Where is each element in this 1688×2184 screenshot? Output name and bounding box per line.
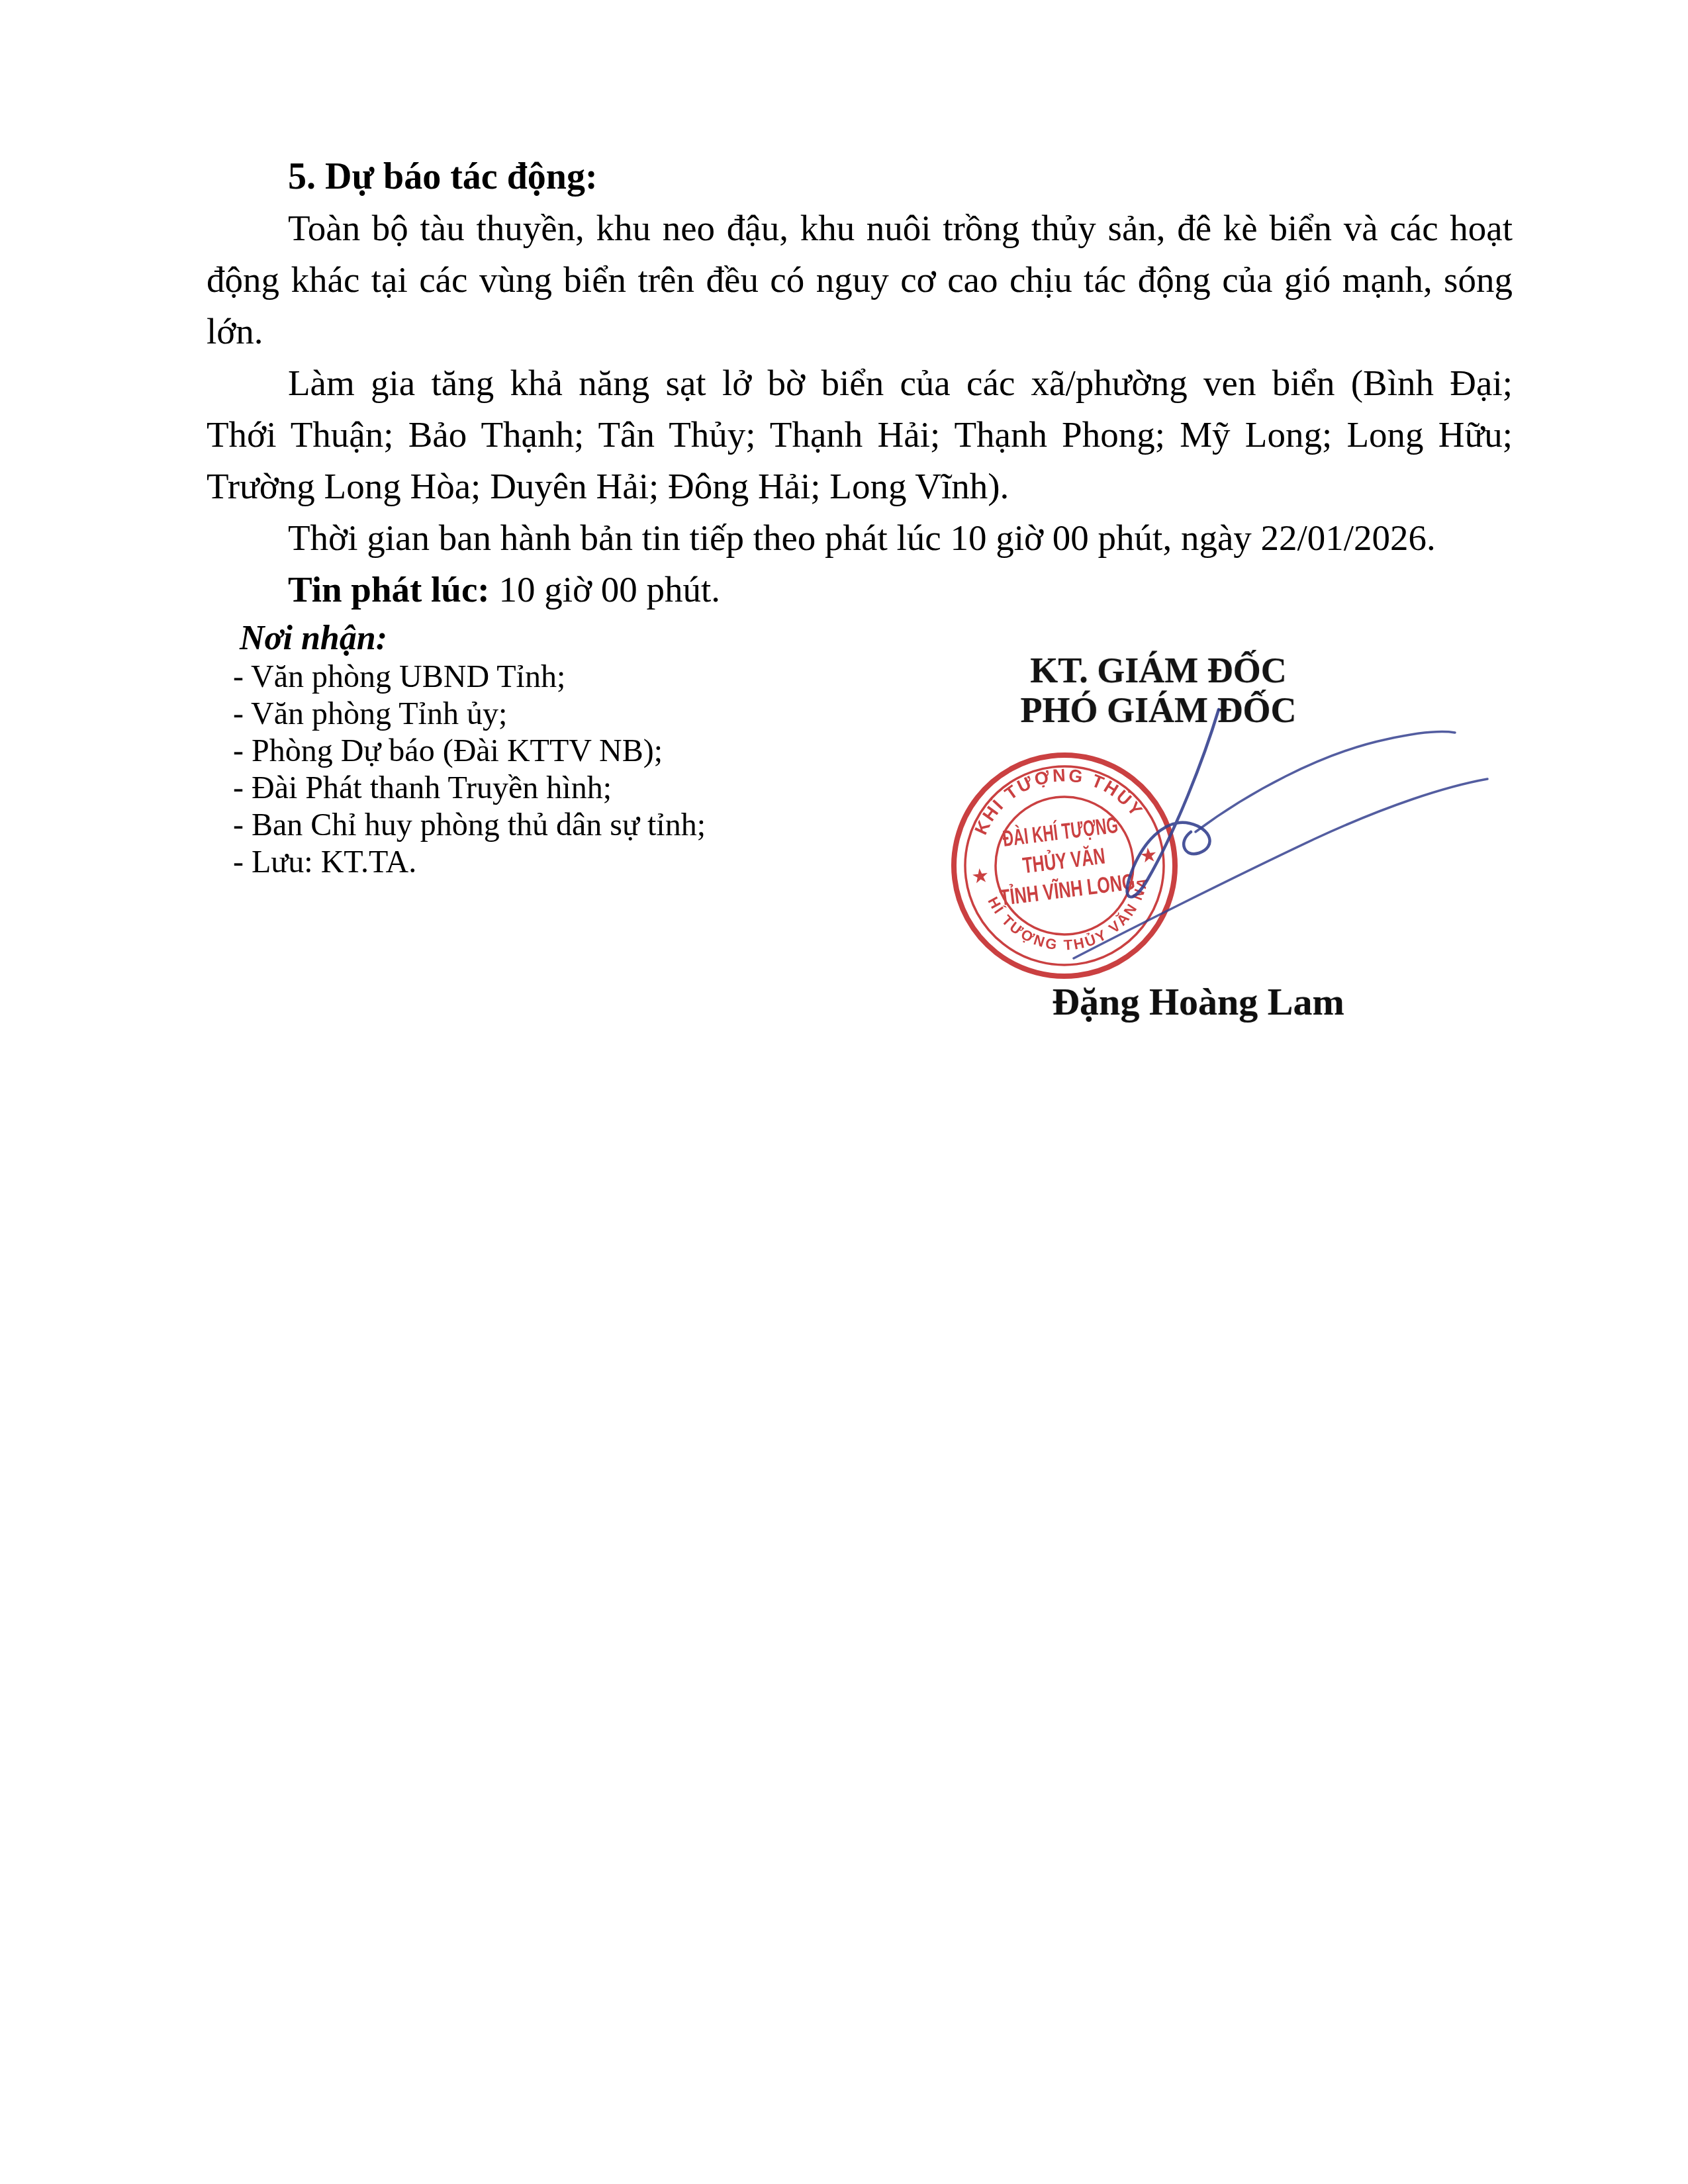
signature-title-line1: KT. GIÁM ĐỐC	[920, 651, 1397, 690]
recipient-item: - Văn phòng Tỉnh ủy;	[233, 696, 829, 733]
signature-stroke-lower	[1074, 779, 1487, 958]
paragraph-line: Trường Long Hòa; Duyên Hải; Đông Hải; Lo…	[207, 461, 1513, 512]
recipient-item: - Văn phòng UBND Tỉnh;	[233, 659, 829, 696]
issue-time-line: Tin phát lúc: 10 giờ 00 phút.	[207, 564, 1513, 615]
recipients-heading: Nơi nhận:	[233, 619, 829, 659]
issue-time-label: Tin phát lúc:	[288, 569, 490, 610]
document-page: 5. Dự báo tác động: Toàn bộ tàu thuyền, …	[0, 0, 1688, 2184]
signature-stroke-loop	[1127, 709, 1219, 897]
paragraph-line: Toàn bộ tàu thuyền, khu neo đậu, khu nuô…	[207, 203, 1513, 254]
paragraph-line: Làm gia tăng khả năng sạt lở bờ biển của…	[207, 357, 1513, 409]
issue-time-value: 10 giờ 00 phút.	[490, 569, 720, 610]
recipient-item: - Đài Phát thanh Truyền hình;	[233, 770, 829, 807]
recipients-section: Nơi nhận: - Văn phòng UBND Tỉnh; - Văn p…	[233, 619, 829, 881]
paragraph-line: lớn.	[207, 306, 1513, 357]
section-heading: 5. Dự báo tác động:	[207, 151, 1513, 203]
signature-stroke-upper	[1196, 732, 1455, 832]
recipient-item: - Phòng Dự báo (Đài KTTV NB);	[233, 733, 829, 770]
recipient-item: - Lưu: KT.TA.	[233, 844, 829, 881]
recipient-item: - Ban Chỉ huy phòng thủ dân sự tỉnh;	[233, 807, 829, 844]
star-icon-left: ★	[970, 864, 991, 888]
paragraph-line: động khác tại các vùng biển trên đều có …	[207, 254, 1513, 306]
document-body: 5. Dự báo tác động: Toàn bộ tàu thuyền, …	[207, 151, 1513, 615]
paragraph: Thời gian ban hành bản tin tiếp theo phá…	[207, 512, 1513, 564]
signer-name: Đặng Hoàng Lam	[960, 979, 1436, 1024]
handwritten-signature	[993, 688, 1589, 993]
paragraph-line: Thời gian ban hành bản tin tiếp theo phá…	[207, 512, 1513, 564]
paragraph: Làm gia tăng khả năng sạt lở bờ biển của…	[207, 357, 1513, 512]
paragraph-line: Thới Thuận; Bảo Thạnh; Tân Thủy; Thạnh H…	[207, 409, 1513, 461]
paragraph: Toàn bộ tàu thuyền, khu neo đậu, khu nuô…	[207, 203, 1513, 357]
